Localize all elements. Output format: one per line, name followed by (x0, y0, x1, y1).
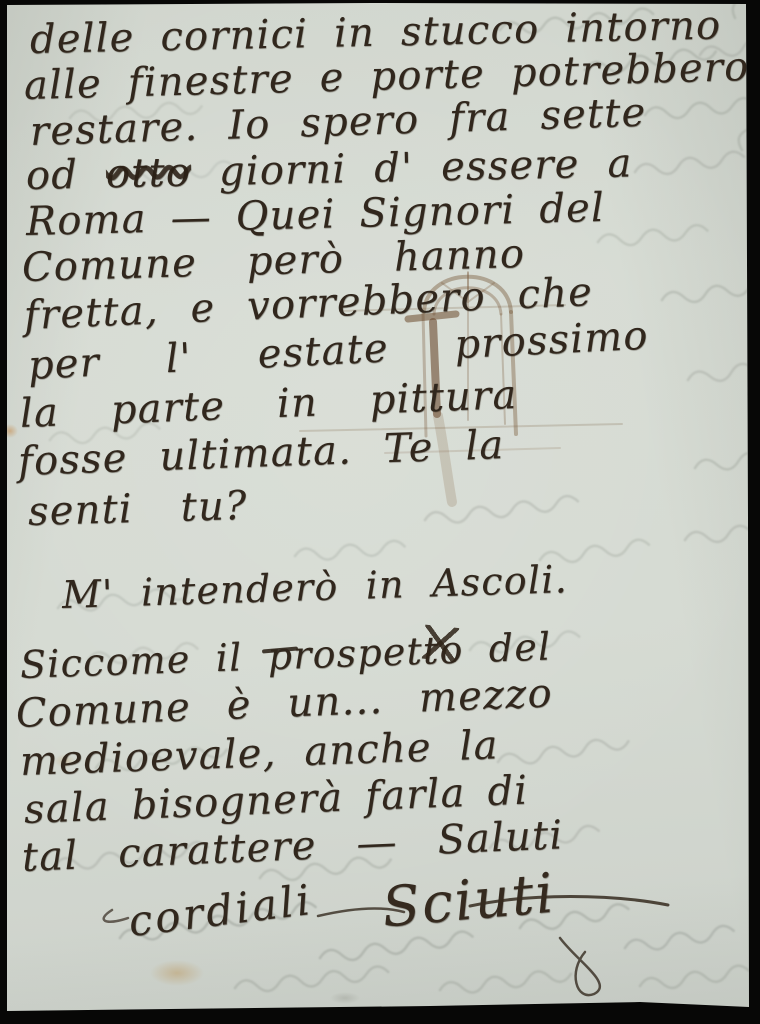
signature-flourish (0, 0, 760, 1024)
letter-paper: delle cornici in stucco intornoalle fine… (0, 0, 760, 1024)
letter-photo: delle cornici in stucco intornoalle fine… (0, 0, 760, 1024)
